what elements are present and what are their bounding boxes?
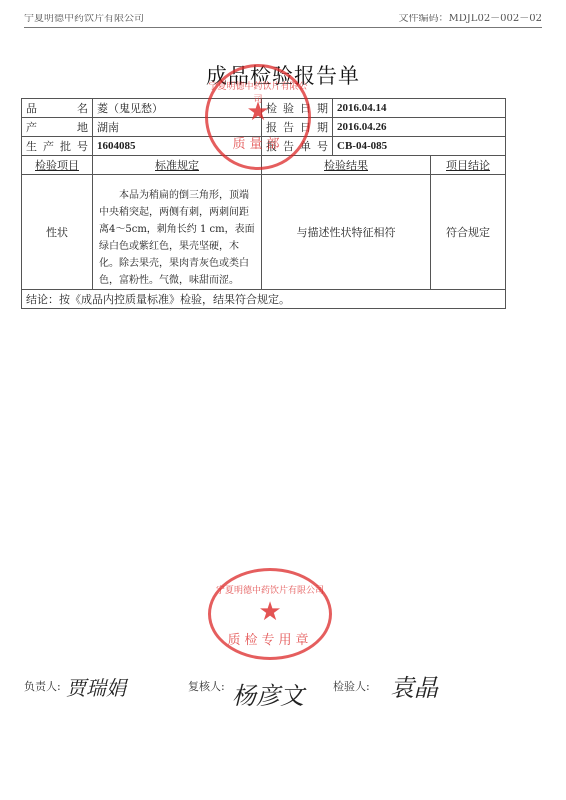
reviewer-label: 复核人:	[188, 678, 225, 694]
table-row: 性状 本品为稍扁的倒三角形，顶端中央稍突起，两侧有刺，两刺间距离4～5cm，刺角…	[22, 175, 506, 290]
page-title: 成品检验报告单	[0, 60, 566, 90]
row-standard: 本品为稍扁的倒三角形，顶端中央稍突起，两侧有刺，两刺间距离4～5cm，刺角长约 …	[93, 175, 262, 290]
seal-text: 质检专用章	[211, 629, 329, 648]
info-row-origin: 产地 湖南 报告日期 2016.04.26	[22, 118, 506, 137]
origin-label: 产地	[22, 118, 93, 137]
product-name-value: 菱（鬼见愁）	[93, 99, 262, 118]
header-doc-code: 文件编码：MDJL02－002－02	[370, 14, 542, 28]
inspector-label: 检验人:	[333, 678, 370, 694]
batch-label: 生产批号	[22, 137, 93, 156]
row-item: 性状	[22, 175, 93, 290]
qc-seal-stamp: 宁夏明德中药饮片有限公司 ★ 质检专用章	[208, 568, 332, 660]
report-no-label: 报告单号	[262, 137, 333, 156]
report-no-value: CB-04-085	[333, 137, 506, 156]
inspector-signature: 袁晶	[390, 668, 438, 703]
col-item: 检验项目	[22, 156, 93, 175]
origin-value: 湖南	[93, 118, 262, 137]
inspect-date-label: 检验日期	[262, 99, 333, 118]
seal-arc-text: 宁夏明德中药饮片有限公司	[211, 583, 329, 596]
product-name-label: 品名	[22, 99, 93, 118]
conclusion-text: 结论：按《成品内控质量标准》检验，结果符合规定。	[22, 290, 506, 309]
column-header-row: 检验项目 标准规定 检验结果 项目结论	[22, 156, 506, 175]
responsible-label: 负责人:	[24, 678, 61, 694]
report-date-value: 2016.04.26	[333, 118, 506, 137]
info-row-product: 品名 菱（鬼见愁） 检验日期 2016.04.14	[22, 99, 506, 118]
inspect-date-value: 2016.04.14	[333, 99, 506, 118]
col-conclusion: 项目结论	[431, 156, 506, 175]
report-table: 品名 菱（鬼见愁） 检验日期 2016.04.14 产地 湖南 报告日期 201…	[21, 98, 506, 309]
batch-value: 1604085	[93, 137, 262, 156]
row-result: 与描述性状特征相符	[262, 175, 431, 290]
company-name: 宁夏明德中药饮片有限公司	[24, 14, 144, 24]
info-row-batch: 生产批号 1604085 报告单号 CB-04-085	[22, 137, 506, 156]
col-result: 检验结果	[262, 156, 431, 175]
star-icon: ★	[258, 597, 281, 627]
reviewer-signature: 杨彦文	[232, 676, 304, 711]
report-date-label: 报告日期	[262, 118, 333, 137]
responsible-signature: 贾瑞娟	[66, 672, 126, 701]
row-conclusion: 符合规定	[431, 175, 506, 290]
col-standard: 标准规定	[93, 156, 262, 175]
conclusion-row: 结论：按《成品内控质量标准》检验，结果符合规定。	[22, 290, 506, 309]
